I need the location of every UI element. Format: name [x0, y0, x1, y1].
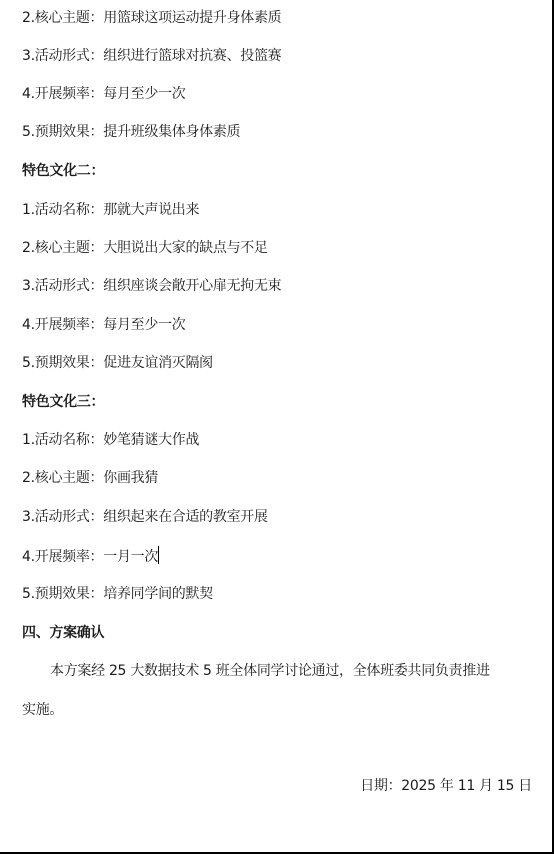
item-value: 每月至少一次: [103, 86, 185, 102]
item-label: 2.核心主题：: [22, 240, 103, 256]
confirmation-paragraph-line-1[interactable]: 本方案经 25 大数据技术 5 班全体同学讨论通过，全体班委共同负责推进: [50, 662, 490, 680]
item-label: 2.核心主题：: [22, 10, 103, 26]
item-value: 每月至少一次: [103, 317, 185, 333]
item-label: 4.开展频率：: [22, 317, 103, 333]
document-date[interactable]: 日期：2025 年 11 月 15 日: [360, 777, 532, 795]
item-frequency[interactable]: 4.开展频率：一月一次: [22, 546, 159, 566]
item-label: 5.预期效果：: [22, 586, 103, 602]
item-label: 1.活动名称：: [22, 202, 103, 218]
item-label: 5.预期效果：: [22, 124, 103, 140]
item-activity-form[interactable]: 3.活动形式：组织座谈会敞开心扉无拘无束: [22, 277, 281, 295]
item-label: 4.开展频率：: [22, 549, 103, 565]
item-activity-name[interactable]: 1.活动名称：那就大声说出来: [22, 201, 199, 219]
item-frequency[interactable]: 4.开展频率：每月至少一次: [22, 85, 185, 103]
item-value: 促进友谊消灭隔阂: [103, 355, 213, 371]
document-page[interactable]: 2.核心主题：用篮球这项运动提升身体素质 3.活动形式：组织进行篮球对抗赛、投篮…: [0, 0, 554, 854]
item-expected-effect[interactable]: 5.预期效果：提升班级集体身体素质: [22, 123, 240, 141]
item-value: 大胆说出大家的缺点与不足: [103, 240, 267, 256]
item-value: 一月一次: [103, 549, 158, 565]
culture-two-heading[interactable]: 特色文化二：: [22, 162, 104, 180]
item-expected-effect[interactable]: 5.预期效果：促进友谊消灭隔阂: [22, 354, 213, 372]
item-core-theme[interactable]: 2.核心主题：大胆说出大家的缺点与不足: [22, 239, 268, 257]
item-core-theme[interactable]: 2.核心主题：你画我猜: [22, 469, 158, 487]
item-frequency[interactable]: 4.开展频率：每月至少一次: [22, 316, 185, 334]
item-label: 3.活动形式：: [22, 278, 103, 294]
item-label: 3.活动形式：: [22, 48, 103, 64]
item-value: 组织进行篮球对抗赛、投篮赛: [103, 48, 281, 64]
item-label: 3.活动形式：: [22, 509, 103, 525]
item-value: 你画我猜: [103, 470, 158, 486]
item-activity-form[interactable]: 3.活动形式：组织起来在合适的教室开展: [22, 508, 268, 526]
item-label: 1.活动名称：: [22, 432, 103, 448]
item-value: 提升班级集体身体素质: [103, 124, 240, 140]
item-label: 2.核心主题：: [22, 470, 103, 486]
item-activity-form[interactable]: 3.活动形式：组织进行篮球对抗赛、投篮赛: [22, 47, 281, 65]
item-value: 那就大声说出来: [103, 202, 199, 218]
item-label: 4.开展频率：: [22, 86, 103, 102]
item-expected-effect[interactable]: 5.预期效果：培养同学间的默契: [22, 585, 213, 603]
culture-three-heading[interactable]: 特色文化三：: [22, 393, 104, 411]
confirmation-paragraph-line-2[interactable]: 实施。: [22, 701, 63, 719]
item-value: 组织座谈会敞开心扉无拘无束: [103, 278, 281, 294]
item-core-theme[interactable]: 2.核心主题：用篮球这项运动提升身体素质: [22, 9, 281, 27]
text-cursor: [158, 546, 159, 564]
item-value: 培养同学间的默契: [103, 586, 213, 602]
item-activity-name[interactable]: 1.活动名称：妙笔猜谜大作战: [22, 431, 199, 449]
item-label: 5.预期效果：: [22, 355, 103, 371]
section-four-heading[interactable]: 四、方案确认: [22, 624, 104, 642]
item-value: 用篮球这项运动提升身体素质: [103, 10, 281, 26]
item-value: 组织起来在合适的教室开展: [103, 509, 267, 525]
item-value: 妙笔猜谜大作战: [103, 432, 199, 448]
